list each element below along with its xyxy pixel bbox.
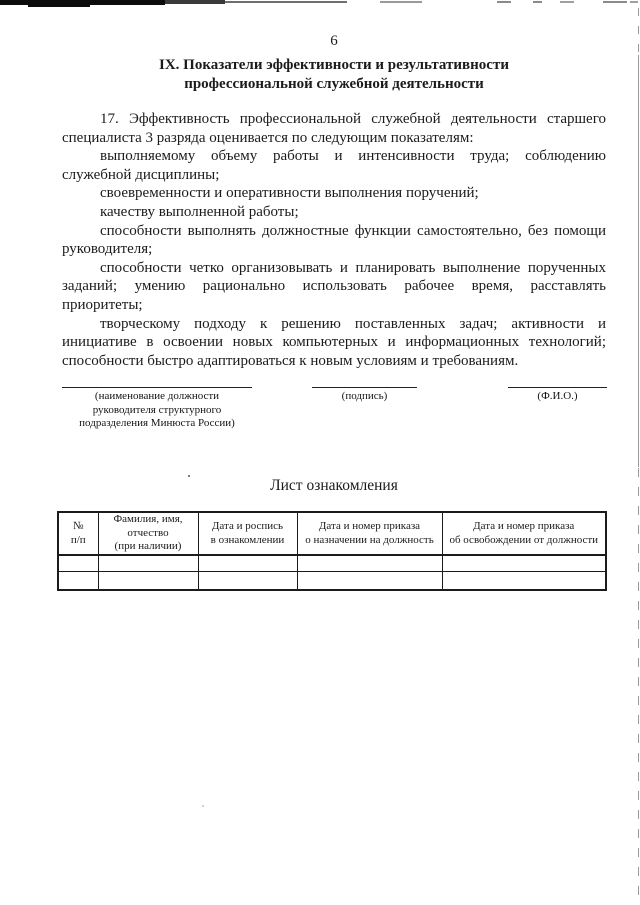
- scan-artifact-top-dash: [630, 1, 638, 3]
- paragraph: способности четко организовывать и плани…: [62, 259, 606, 315]
- signature-caption-fio: (Ф.И.О.): [508, 390, 607, 404]
- paragraph: выполняемому объему работы и интенсивнос…: [62, 147, 606, 184]
- column-header-number: № п/п: [58, 512, 98, 555]
- empty-cell: [58, 572, 98, 591]
- signature-caption-line: подразделения Минюста России): [62, 417, 252, 431]
- signature-block-fio: (Ф.И.О.): [508, 387, 607, 404]
- empty-cell: [98, 555, 198, 572]
- signature-caption-position: (наименование должности руководителя стр…: [62, 390, 252, 431]
- paragraph: творческому подходу к решению поставленн…: [62, 315, 606, 371]
- scan-artifact-right-edge-line: [638, 8, 639, 54]
- paragraph: качеству выполненной работы;: [62, 203, 606, 222]
- empty-cell: [442, 555, 606, 572]
- empty-cell: [198, 555, 297, 572]
- scan-artifact-top-band: [28, 0, 90, 7]
- scan-artifact-top-band: [165, 0, 225, 4]
- column-header-name: Фамилия, имя, отчество (при наличии): [98, 512, 198, 555]
- table-row: [58, 555, 606, 572]
- document-page: 6 IX. Показатели эффективности и результ…: [0, 0, 640, 905]
- section-heading-line2: профессиональной служебной деятельности: [62, 75, 606, 94]
- familiarization-table: № п/п Фамилия, имя, отчество (при наличи…: [57, 511, 607, 591]
- signature-block-sign: (подпись): [312, 387, 417, 404]
- page-number: 6: [62, 33, 606, 50]
- empty-cell: [198, 572, 297, 591]
- scan-artifact-top-dash: [560, 1, 574, 3]
- scan-artifact-right-edge-line: [638, 468, 639, 905]
- paragraph: своевременности и оперативности выполнен…: [62, 184, 606, 203]
- paragraph: 17. Эффективность профессиональной служе…: [62, 110, 606, 147]
- scan-artifact-top-dash: [497, 1, 511, 3]
- column-header-appointment-order: Дата и номер приказа о назначении на дол…: [297, 512, 442, 555]
- scan-artifact-top-band: [225, 1, 347, 3]
- empty-cell: [297, 555, 442, 572]
- scan-artifact-top-band: [380, 1, 422, 3]
- section-heading-line1: IX. Показатели эффективности и результат…: [62, 56, 606, 75]
- scan-artifact-top-dash: [603, 1, 627, 3]
- empty-cell: [58, 555, 98, 572]
- scan-artifact-speck: [202, 805, 204, 807]
- paragraph: способности выполнять должностные функци…: [62, 222, 606, 259]
- scan-artifact-top-dash: [533, 1, 542, 3]
- signature-line: [508, 387, 607, 388]
- signature-line: [312, 387, 417, 388]
- table-header-row: № п/п Фамилия, имя, отчество (при наличи…: [58, 512, 606, 555]
- signature-caption-sign: (подпись): [312, 390, 417, 404]
- body-text: 17. Эффективность профессиональной служе…: [62, 110, 606, 370]
- column-header-date-signature: Дата и роспись в ознакомлении: [198, 512, 297, 555]
- empty-cell: [297, 572, 442, 591]
- table-row: [58, 572, 606, 591]
- section-heading: IX. Показатели эффективности и результат…: [62, 56, 606, 94]
- signature-caption-line: (наименование должности: [62, 390, 252, 404]
- column-header-release-order: Дата и номер приказа об освобождении от …: [442, 512, 606, 555]
- empty-cell: [442, 572, 606, 591]
- signature-line: [62, 387, 252, 388]
- signature-block-position: (наименование должности руководителя стр…: [62, 387, 252, 431]
- familiarization-title: Лист ознакомления: [62, 477, 606, 495]
- signature-caption-line: руководителя структурного: [62, 404, 252, 418]
- empty-cell: [98, 572, 198, 591]
- scan-artifact-right-edge-line: [638, 55, 639, 467]
